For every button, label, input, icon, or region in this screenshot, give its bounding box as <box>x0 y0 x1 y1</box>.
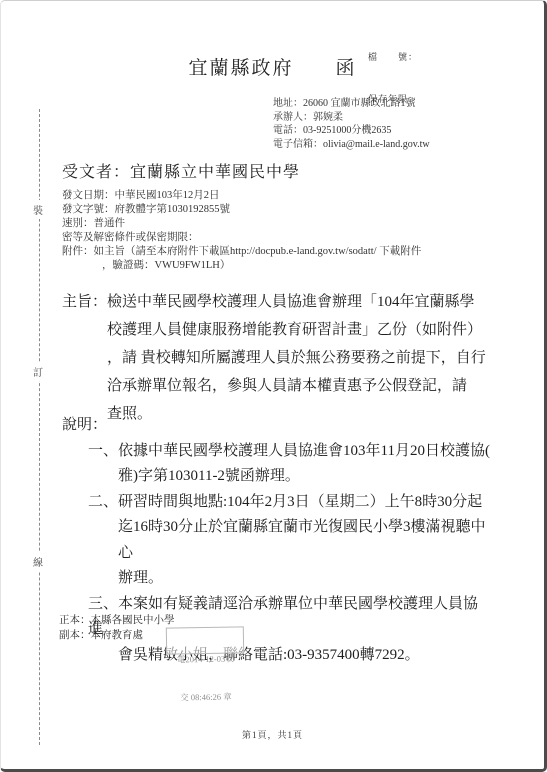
speed-line: 速別：普通件 <box>62 217 502 231</box>
document-title: 宜蘭縣政府 函 <box>1 53 544 80</box>
stamp-line: 交 08:46:26 章 <box>168 690 244 704</box>
explanation-item-1: 一、依據中華民國學校護理人員協進會103年11月20日校護協( 雅)字第1030… <box>62 439 492 490</box>
explanation-item-2: 二、研習時間與地點:104年2月3日（星期二）上午8時30分起 迄16時30分止… <box>62 490 492 592</box>
explanation-line: 二、研習時間與地點:104年2月3日（星期二）上午8時30分起 <box>88 490 492 516</box>
doc-number-line: 發文字號：府教體字第1030192855號 <box>62 203 502 217</box>
page-number-footer: 第1頁，共1頁 <box>1 728 544 741</box>
explanation-line: 會吳精敏小姐，聯絡電話:03-9357400轉7292。 <box>88 643 492 669</box>
explanation-line: 一、依據中華民國學校護理人員協進會103年11月20日校護協( <box>88 439 492 465</box>
sender-phone: 電話：03-9251000分機2635 <box>273 124 430 138</box>
metadata-block: 發文日期：中華民國103年12月2日 發文字號：府教體字第1030192855號… <box>62 189 502 273</box>
official-letter-page: 裝 訂 線 檔 號： 保存年限： 宜蘭縣政府 函 地址：26060 宜蘭市縣政北… <box>0 0 547 772</box>
electronic-exchange-stamp: 電2014-12-03收 交 08:46:26 章 <box>166 626 244 654</box>
cc-copy-line: 副本：本府教育處 <box>59 629 175 644</box>
attachment-line-continued: ，驗證碼：VWU9FW1LH） <box>62 259 502 273</box>
stamp-line: 電2014-12-03收 <box>167 652 243 666</box>
original-copy-line: 正本：本縣各國民中小學 <box>59 614 175 629</box>
subject-line: 校護理人員健康服務增能教育研習計畫」乙份（如附件） <box>62 316 492 344</box>
subject-line: 主旨：檢送中華民國學校護理人員協進會辦理「104年宜蘭縣學 <box>62 288 492 316</box>
explanation-line: 雅)字第103011-2號函辦理。 <box>88 464 492 490</box>
issue-date-line: 發文日期：中華民國103年12月2日 <box>62 189 502 203</box>
subject-line: 洽承辦單位報名，參與人員請本權責惠予公假登記，請 <box>62 372 492 400</box>
sender-contact-block: 地址：26060 宜蘭市縣政北路1號 承辦人：郭婉柔 電話：03-9251000… <box>273 97 430 151</box>
binding-mark-xian: 線 <box>33 552 43 571</box>
subject-line: ，請 貴校轉知所屬護理人員於無公務要務之前提下，自行 <box>62 344 492 372</box>
binding-mark-zhuang: 裝 <box>33 200 43 219</box>
sender-officer: 承辦人：郭婉柔 <box>273 111 430 125</box>
binding-mark-ding: 訂 <box>33 362 43 381</box>
sender-email: 電子信箱：olivia@mail.e-land.gov.tw <box>273 138 430 152</box>
copies-block: 正本：本縣各國民中小學 副本：本府教育處 <box>59 614 175 643</box>
recipient-line: 受文者：宜蘭縣立中華國民中學 <box>62 159 300 182</box>
sender-address: 地址：26060 宜蘭市縣政北路1號 <box>273 97 430 111</box>
explanation-line: 辦理。 <box>88 566 492 592</box>
security-line: 密等及解密條件或保密期限： <box>62 231 502 245</box>
attachment-line: 附件：如主旨（請至本府附件下載區http://docpub.e-land.gov… <box>62 245 502 259</box>
explanation-line: 迄16時30分止於宜蘭縣宜蘭市光復國民小學3樓滿視聽中心 <box>88 515 492 566</box>
subject-block: 主旨：檢送中華民國學校護理人員協進會辦理「104年宜蘭縣學 校護理人員健康服務增… <box>62 288 492 428</box>
explanation-label: 說明： <box>62 413 492 439</box>
